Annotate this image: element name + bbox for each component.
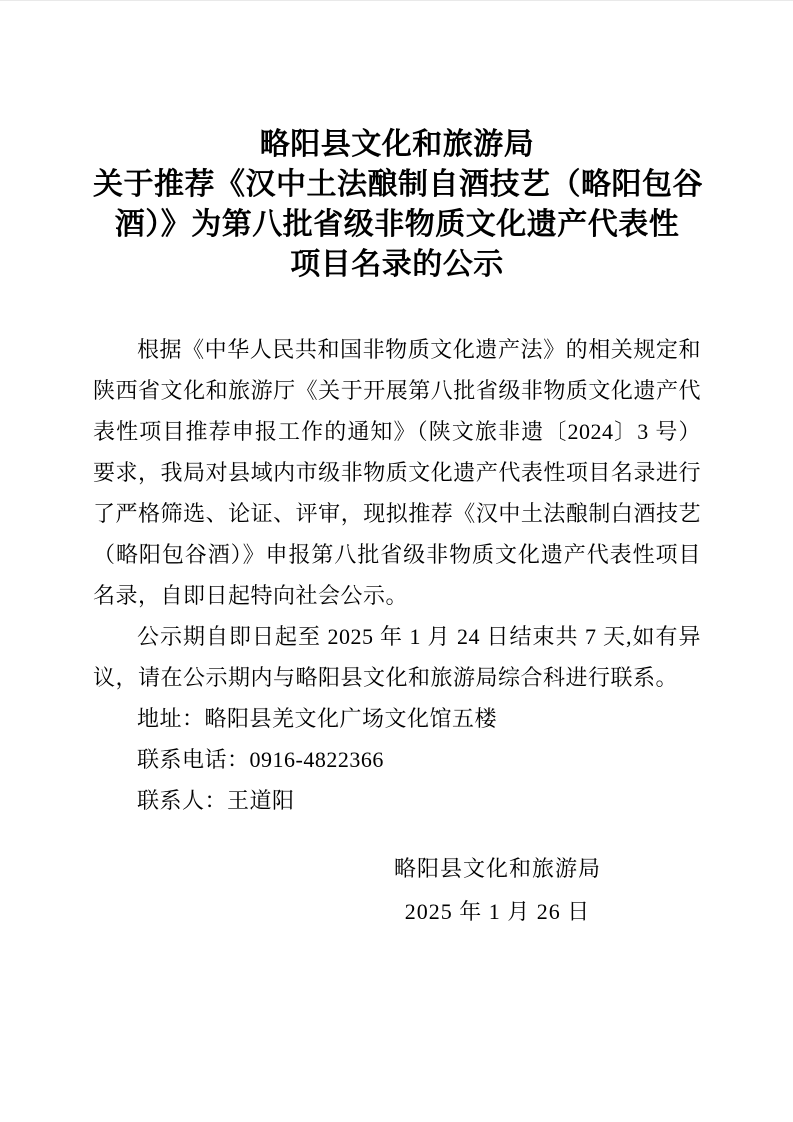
notice-title-line-4: 项目名录的公示 [93,245,701,285]
signature-issuer: 略阳县文化和旅游局 [394,847,601,890]
contact-phone: 联系电话：0916-4822366 [93,739,701,780]
notice-title-line-2: 关于推荐《汉中土法酿制自酒技艺（略阳包谷 [93,165,701,205]
signature-block: 略阳县文化和旅游局 2025 年 1 月 26 日 [394,847,601,933]
paragraph-basis: 根据《中华人民共和国非物质文化遗产法》的相关规定和陕西省文化和旅游厅《关于开展第… [93,329,701,616]
contact-person: 联系人：王道阳 [93,780,701,821]
notice-title: 略阳县文化和旅游局 关于推荐《汉中土法酿制自酒技艺（略阳包谷 酒）》为第八批省级… [93,125,701,285]
notice-title-line-1: 略阳县文化和旅游局 [93,125,701,165]
notice-document: 略阳县文化和旅游局 关于推荐《汉中土法酿制自酒技艺（略阳包谷 酒）》为第八批省级… [0,0,793,933]
page-top-edge [0,0,793,1]
notice-title-line-3: 酒）》为第八批省级非物质文化遗产代表性 [93,205,701,245]
signature-date: 2025 年 1 月 26 日 [394,890,601,933]
contact-address: 地址：略阳县羌文化广场文化馆五楼 [93,698,701,739]
notice-body: 根据《中华人民共和国非物质文化遗产法》的相关规定和陕西省文化和旅游厅《关于开展第… [93,329,701,933]
paragraph-publicity-period: 公示期自即日起至 2025 年 1 月 24 日结束共 7 天,如有异议，请在公… [93,616,701,698]
contact-block: 地址：略阳县羌文化广场文化馆五楼 联系电话：0916-4822366 联系人：王… [93,698,701,821]
